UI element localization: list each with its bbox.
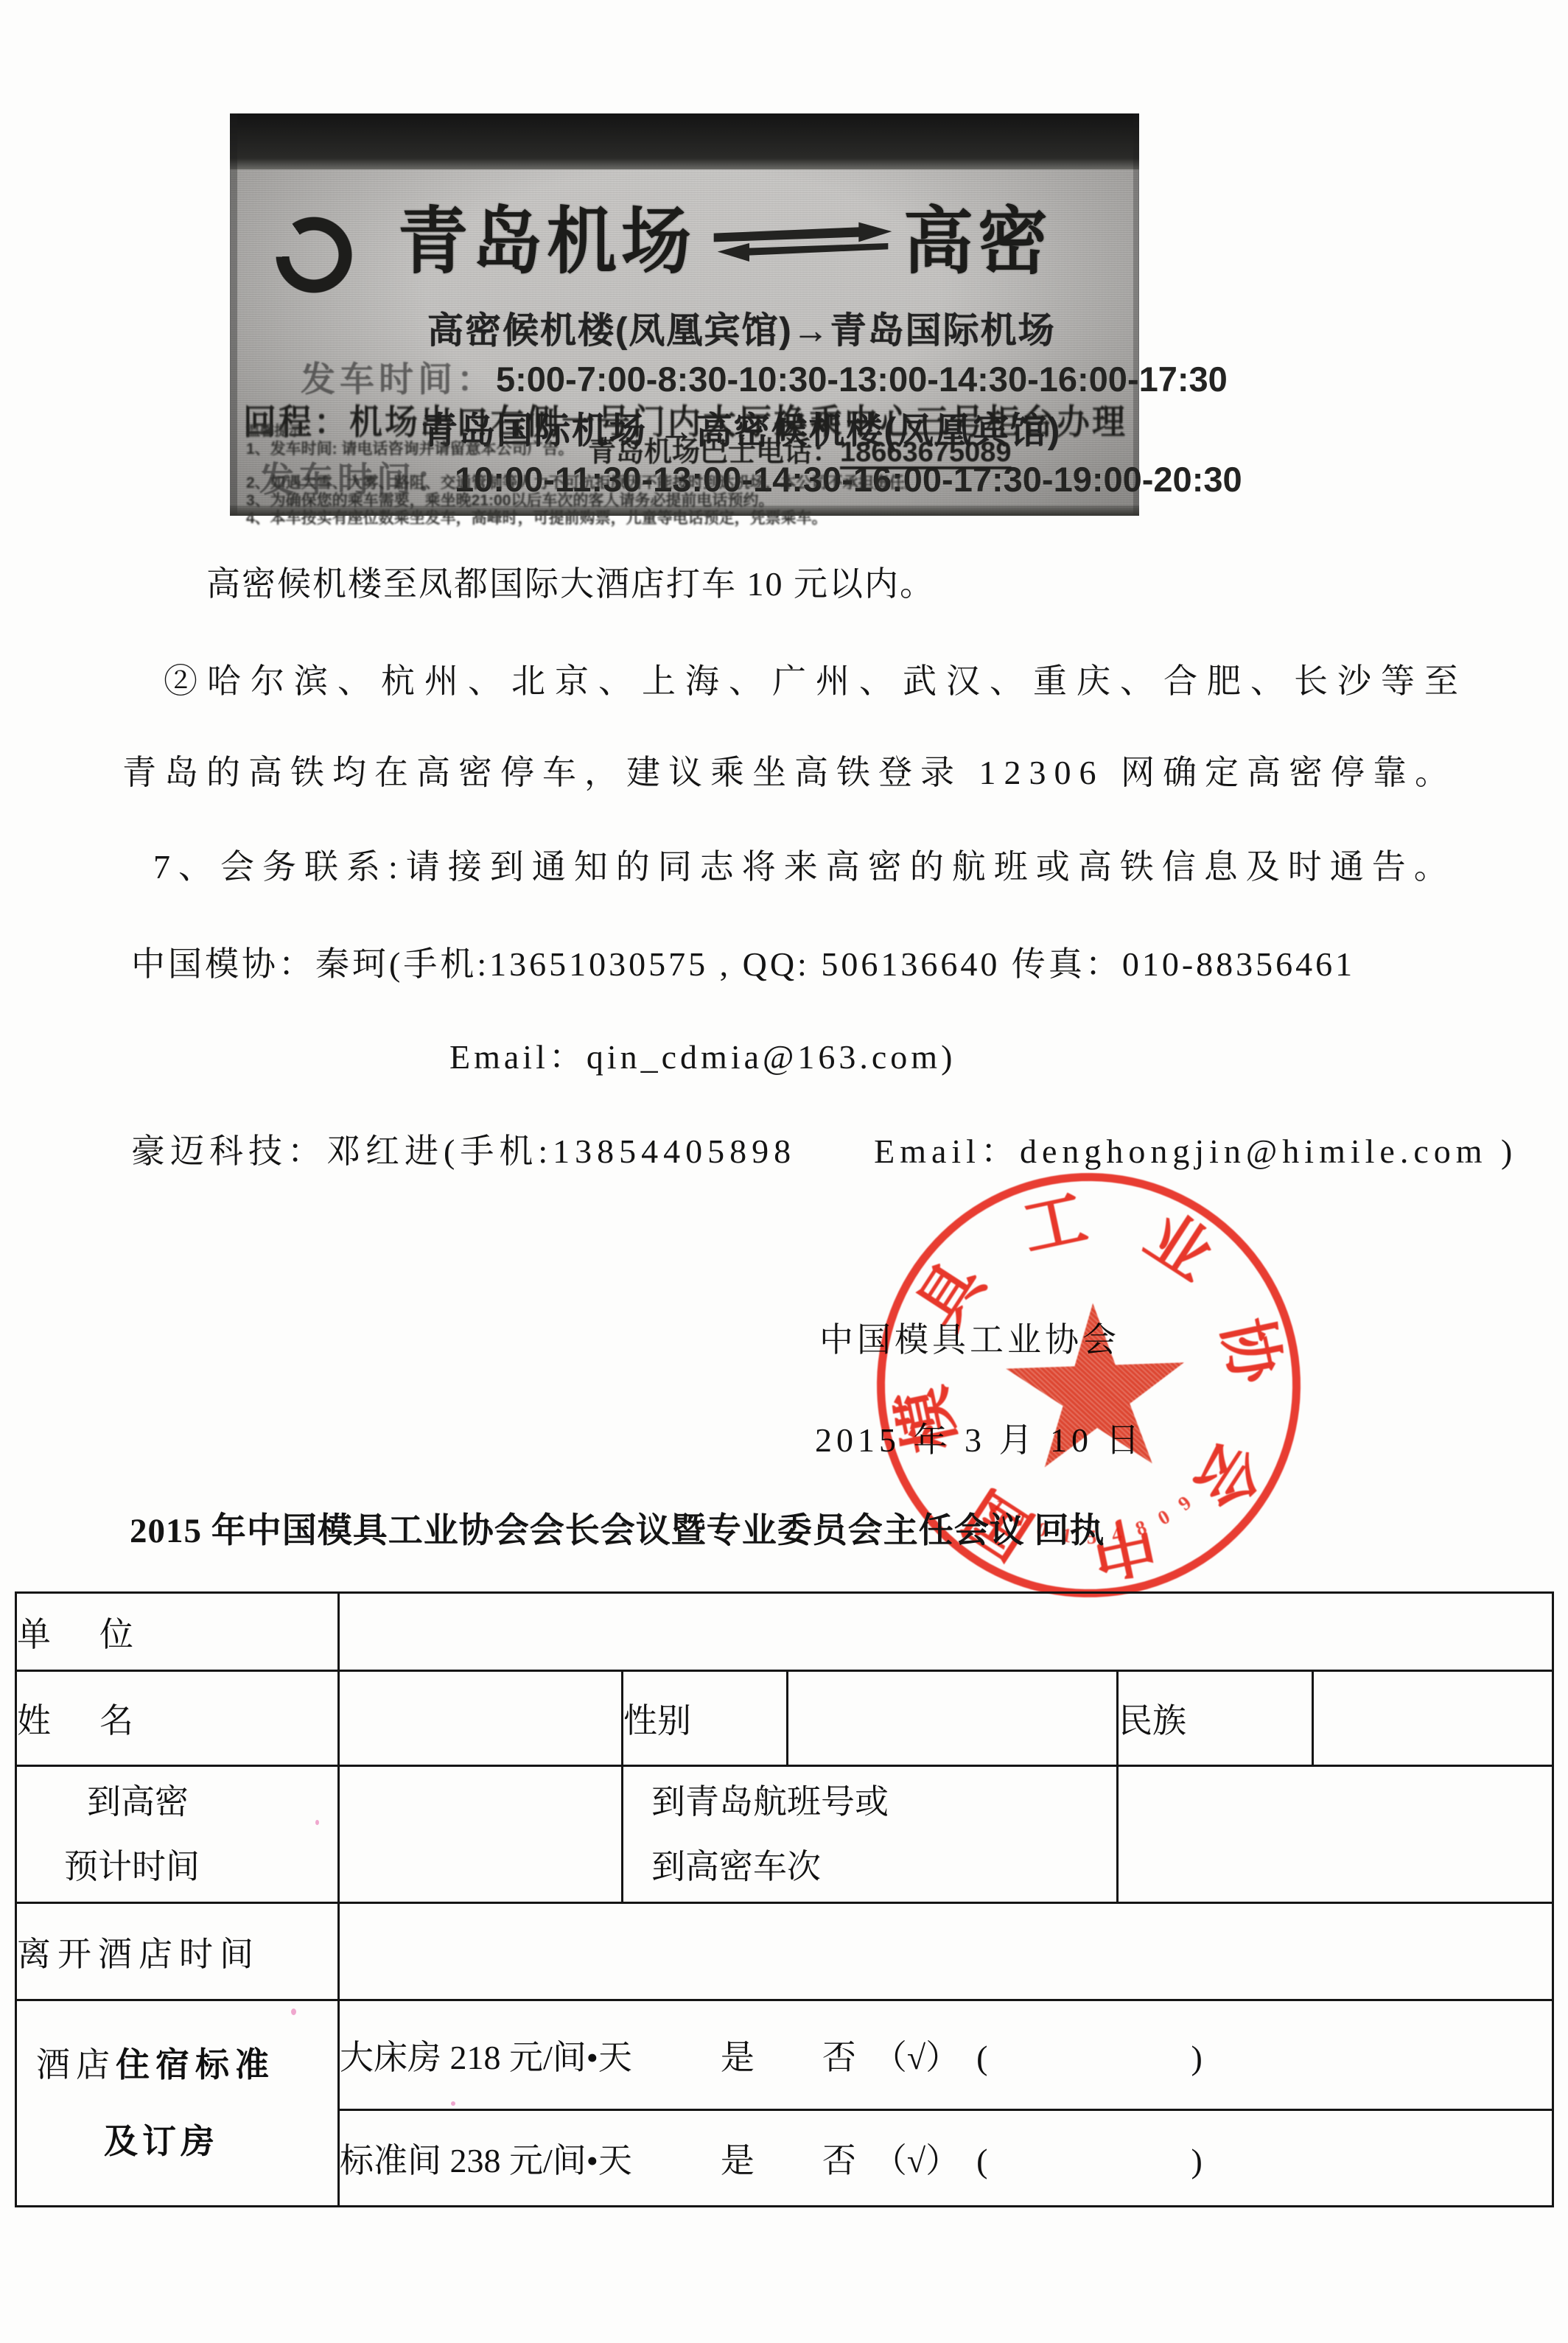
room2-label: 标准间 238 元/间•天 — [340, 2142, 632, 2179]
hotel-label-cell: 酒店住宿标准 及订房 — [16, 2000, 339, 2207]
photo-edge-left — [230, 113, 237, 516]
flight-label-line1: 到青岛航班号或 — [623, 1770, 1116, 1834]
paragraph-rail-12306: 青岛的高铁均在高密停车，建议乘坐高铁登录 12306 网确定高密停靠。 — [122, 746, 1457, 794]
table-row-name: 姓 名 性别 民族 — [16, 1671, 1553, 1766]
arrive-label-line2: 预计时间 — [17, 1835, 337, 1899]
route1-header: 高密候机楼(凤凰宾馆)→青岛国际机场 — [427, 302, 1056, 354]
unit-label-cell: 单 位 — [16, 1593, 339, 1671]
hotel-label-line1: 酒店住宿标准 — [17, 2048, 337, 2082]
return-form-table: 单 位 姓 名 性别 民族 到高密 预计时间 到青岛航班号或 到高密车次 离开酒… — [15, 1591, 1554, 2207]
tips-title: 温馨提示: — [246, 423, 1123, 441]
ethnic-value-cell[interactable] — [1313, 1671, 1553, 1766]
table-row-unit: 单 位 — [16, 1593, 1553, 1671]
name-value-cell[interactable] — [339, 1671, 623, 1766]
room1-label: 大床房 218 元/间•天 — [340, 2039, 632, 2076]
gender-value-cell[interactable] — [788, 1671, 1118, 1766]
photo-title-qingdao-airport: 青岛机场 — [398, 183, 696, 287]
signature-organization: 中国模具工业协会 — [819, 1313, 1120, 1362]
table-row-arrival: 到高密 预计时间 到青岛航班号或 到高密车次 — [16, 1766, 1553, 1903]
scan-speck — [291, 2008, 296, 2015]
leave-label-cell: 离开酒店时间 — [16, 1903, 339, 2000]
route1-times: 5:00-7:00-8:30-10:30-13:00-14:30-16:00-1… — [496, 360, 1228, 399]
gender-label-cell: 性别 — [623, 1671, 788, 1766]
depart-time-label-1: 发车时间： — [301, 360, 496, 399]
flight-value-cell[interactable] — [1118, 1766, 1553, 1903]
photo-title-gaomi: 高密 — [903, 183, 1052, 287]
table-row-departure: 离开酒店时间 — [16, 1903, 1553, 2000]
room1-option-cell[interactable]: 大床房 218 元/间•天是 否 （√） ( ) — [339, 2000, 1553, 2110]
arrival-label-cell: 到高密 预计时间 — [16, 1766, 339, 1903]
scan-speck — [451, 2101, 455, 2106]
arrival-value-cell[interactable] — [339, 1766, 623, 1903]
room2-options: 是 否 （√） ( ) — [721, 2142, 1203, 2179]
bus-company-logo-icon — [276, 217, 352, 293]
photo-title-row: 青岛机场 高密 — [398, 186, 1127, 286]
bus-schedule-photo: 青岛机场 高密 高密候机楼(凤凰宾馆)→青岛国际机场 发车时间：5:00-7:0… — [230, 113, 1139, 516]
unit-value-cell[interactable] — [339, 1593, 1553, 1671]
room2-option-cell[interactable]: 标准间 238 元/间•天是 否 （√） ( ) — [339, 2110, 1553, 2207]
photo-dark-band-bottom — [230, 505, 1139, 516]
arrive-label-line1: 到高密 — [17, 1770, 337, 1834]
room1-options: 是 否 （√） ( ) — [721, 2039, 1203, 2076]
paragraph-rail-cities: ②哈尔滨、杭州、北京、上海、广州、武汉、重庆、合肥、长沙等至 — [164, 654, 1468, 703]
seal-serial-number: 100154809 — [878, 1174, 1286, 1188]
return-form-title: 2015 年中国模具工业协会会长会议暨专业委员会主任会议 回执 — [130, 1503, 1105, 1552]
photo-dark-band-top — [230, 113, 1139, 169]
paragraph-taxi-note: 高密候机楼至凤都国际大酒店打车 10 元以内。 — [206, 557, 935, 606]
ethnic-label-cell: 民族 — [1118, 1671, 1313, 1766]
leave-value-cell[interactable] — [339, 1903, 1553, 2000]
double-arrow-icon — [709, 214, 893, 265]
flight-label-line2: 到高密车次 — [623, 1835, 1116, 1899]
paragraph-contact-email: Email：qin_cdmia@163.com) — [449, 1030, 956, 1079]
flight-label-cell: 到青岛航班号或 到高密车次 — [623, 1766, 1118, 1903]
signature-date: 2015 年 3 月 10 日 — [815, 1413, 1144, 1462]
paragraph-contact-qinke: 中国模协：秦珂(手机:13651030575 , QQ: 506136640 传… — [131, 937, 1355, 986]
tip-line-1: 1、发车时间: 请电话咨询并请留意本公司广告。 — [246, 441, 1123, 458]
tip-line-2: 2、如遇大雪、大雾、路阻、交通管制等人力不可抗拒原因不能按时到达机场，本公司不承… — [246, 474, 1123, 492]
scanned-document-page: 青岛机场 高密 高密候机楼(凤凰宾馆)→青岛国际机场 发车时间：5:00-7:0… — [0, 0, 1568, 2343]
table-row-room1: 酒店住宿标准 及订房 大床房 218 元/间•天是 否 （√） ( ) — [16, 2000, 1553, 2110]
paragraph-contact-intro: 7、会务联系:请接到通知的同志将来高密的航班或高铁信息及时通告。 — [153, 840, 1456, 889]
paragraph-contact-himile: 豪迈科技：邓红进(手机:13854405898 Email：denghongji… — [131, 1124, 1517, 1173]
name-label-cell: 姓 名 — [16, 1671, 339, 1766]
hotel-label-line2: 及订房 — [17, 2125, 337, 2159]
seal-ring-text: 中国模具工业协会 — [878, 1174, 1286, 1188]
scan-speck — [315, 1820, 319, 1825]
